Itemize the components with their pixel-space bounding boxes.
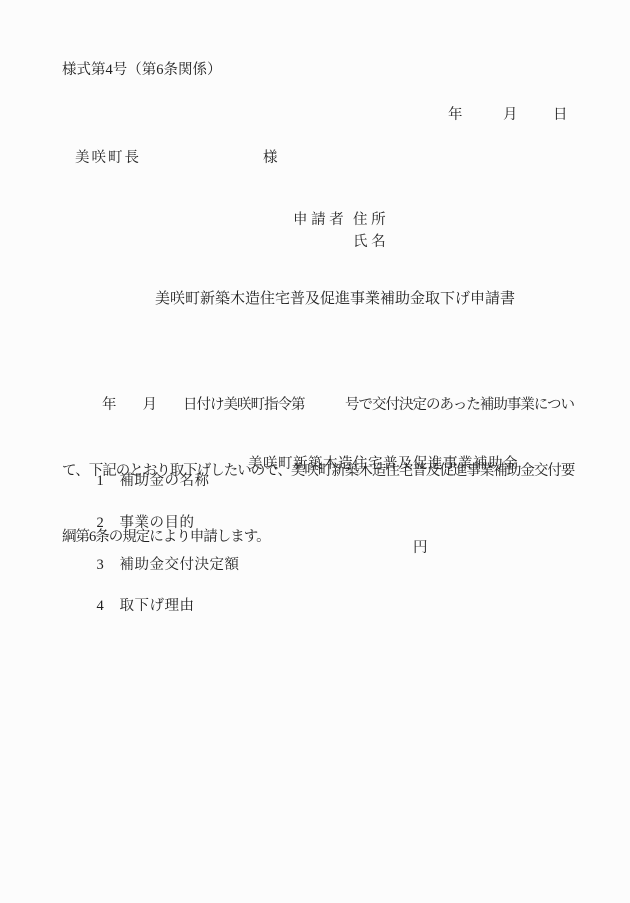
item-label: 事業の目的 <box>120 515 195 531</box>
body-line-1: 年 月 日付け美咲町指令第 号で交付決定のあった補助事業につい <box>62 394 578 416</box>
applicant-name-label: 氏 名 <box>353 230 386 251</box>
item-number: 3 <box>97 557 120 574</box>
item-number: 2 <box>97 515 120 532</box>
date-day-label: 日 <box>553 103 568 124</box>
document-page: 様式第4号（第6条関係） 年 月 日 美咲町長 様 申 請 者 住 所 氏 名 … <box>0 0 630 903</box>
applicant-address-label: 住 所 <box>353 208 386 229</box>
item-label: 補助金の名称 <box>120 473 210 489</box>
item-number: 4 <box>97 598 120 615</box>
date-year-label: 年 <box>448 103 463 124</box>
item-row-withdrawal-reason: 4取下げ理由 <box>80 577 580 649</box>
form-number: 様式第4号（第6条関係） <box>62 58 222 79</box>
item-number: 1 <box>97 473 120 490</box>
date-month-label: 月 <box>503 103 518 124</box>
item-label: 補助金交付決定額 <box>120 557 240 573</box>
document-title: 美咲町新築木造住宅普及促進事業補助金取下げ申請書 <box>155 287 515 308</box>
addressee-honorific: 様 <box>263 146 278 167</box>
date-line: 年 月 日 <box>0 103 630 123</box>
item-value-yen-label: 円 <box>413 536 428 557</box>
applicant-label: 申 請 者 <box>293 208 344 229</box>
addressee-name: 美咲町長 <box>75 146 141 167</box>
item-value: 美咲町新築木造住宅普及促進事業補助金 <box>248 452 518 473</box>
item-label: 取下げ理由 <box>120 598 195 614</box>
